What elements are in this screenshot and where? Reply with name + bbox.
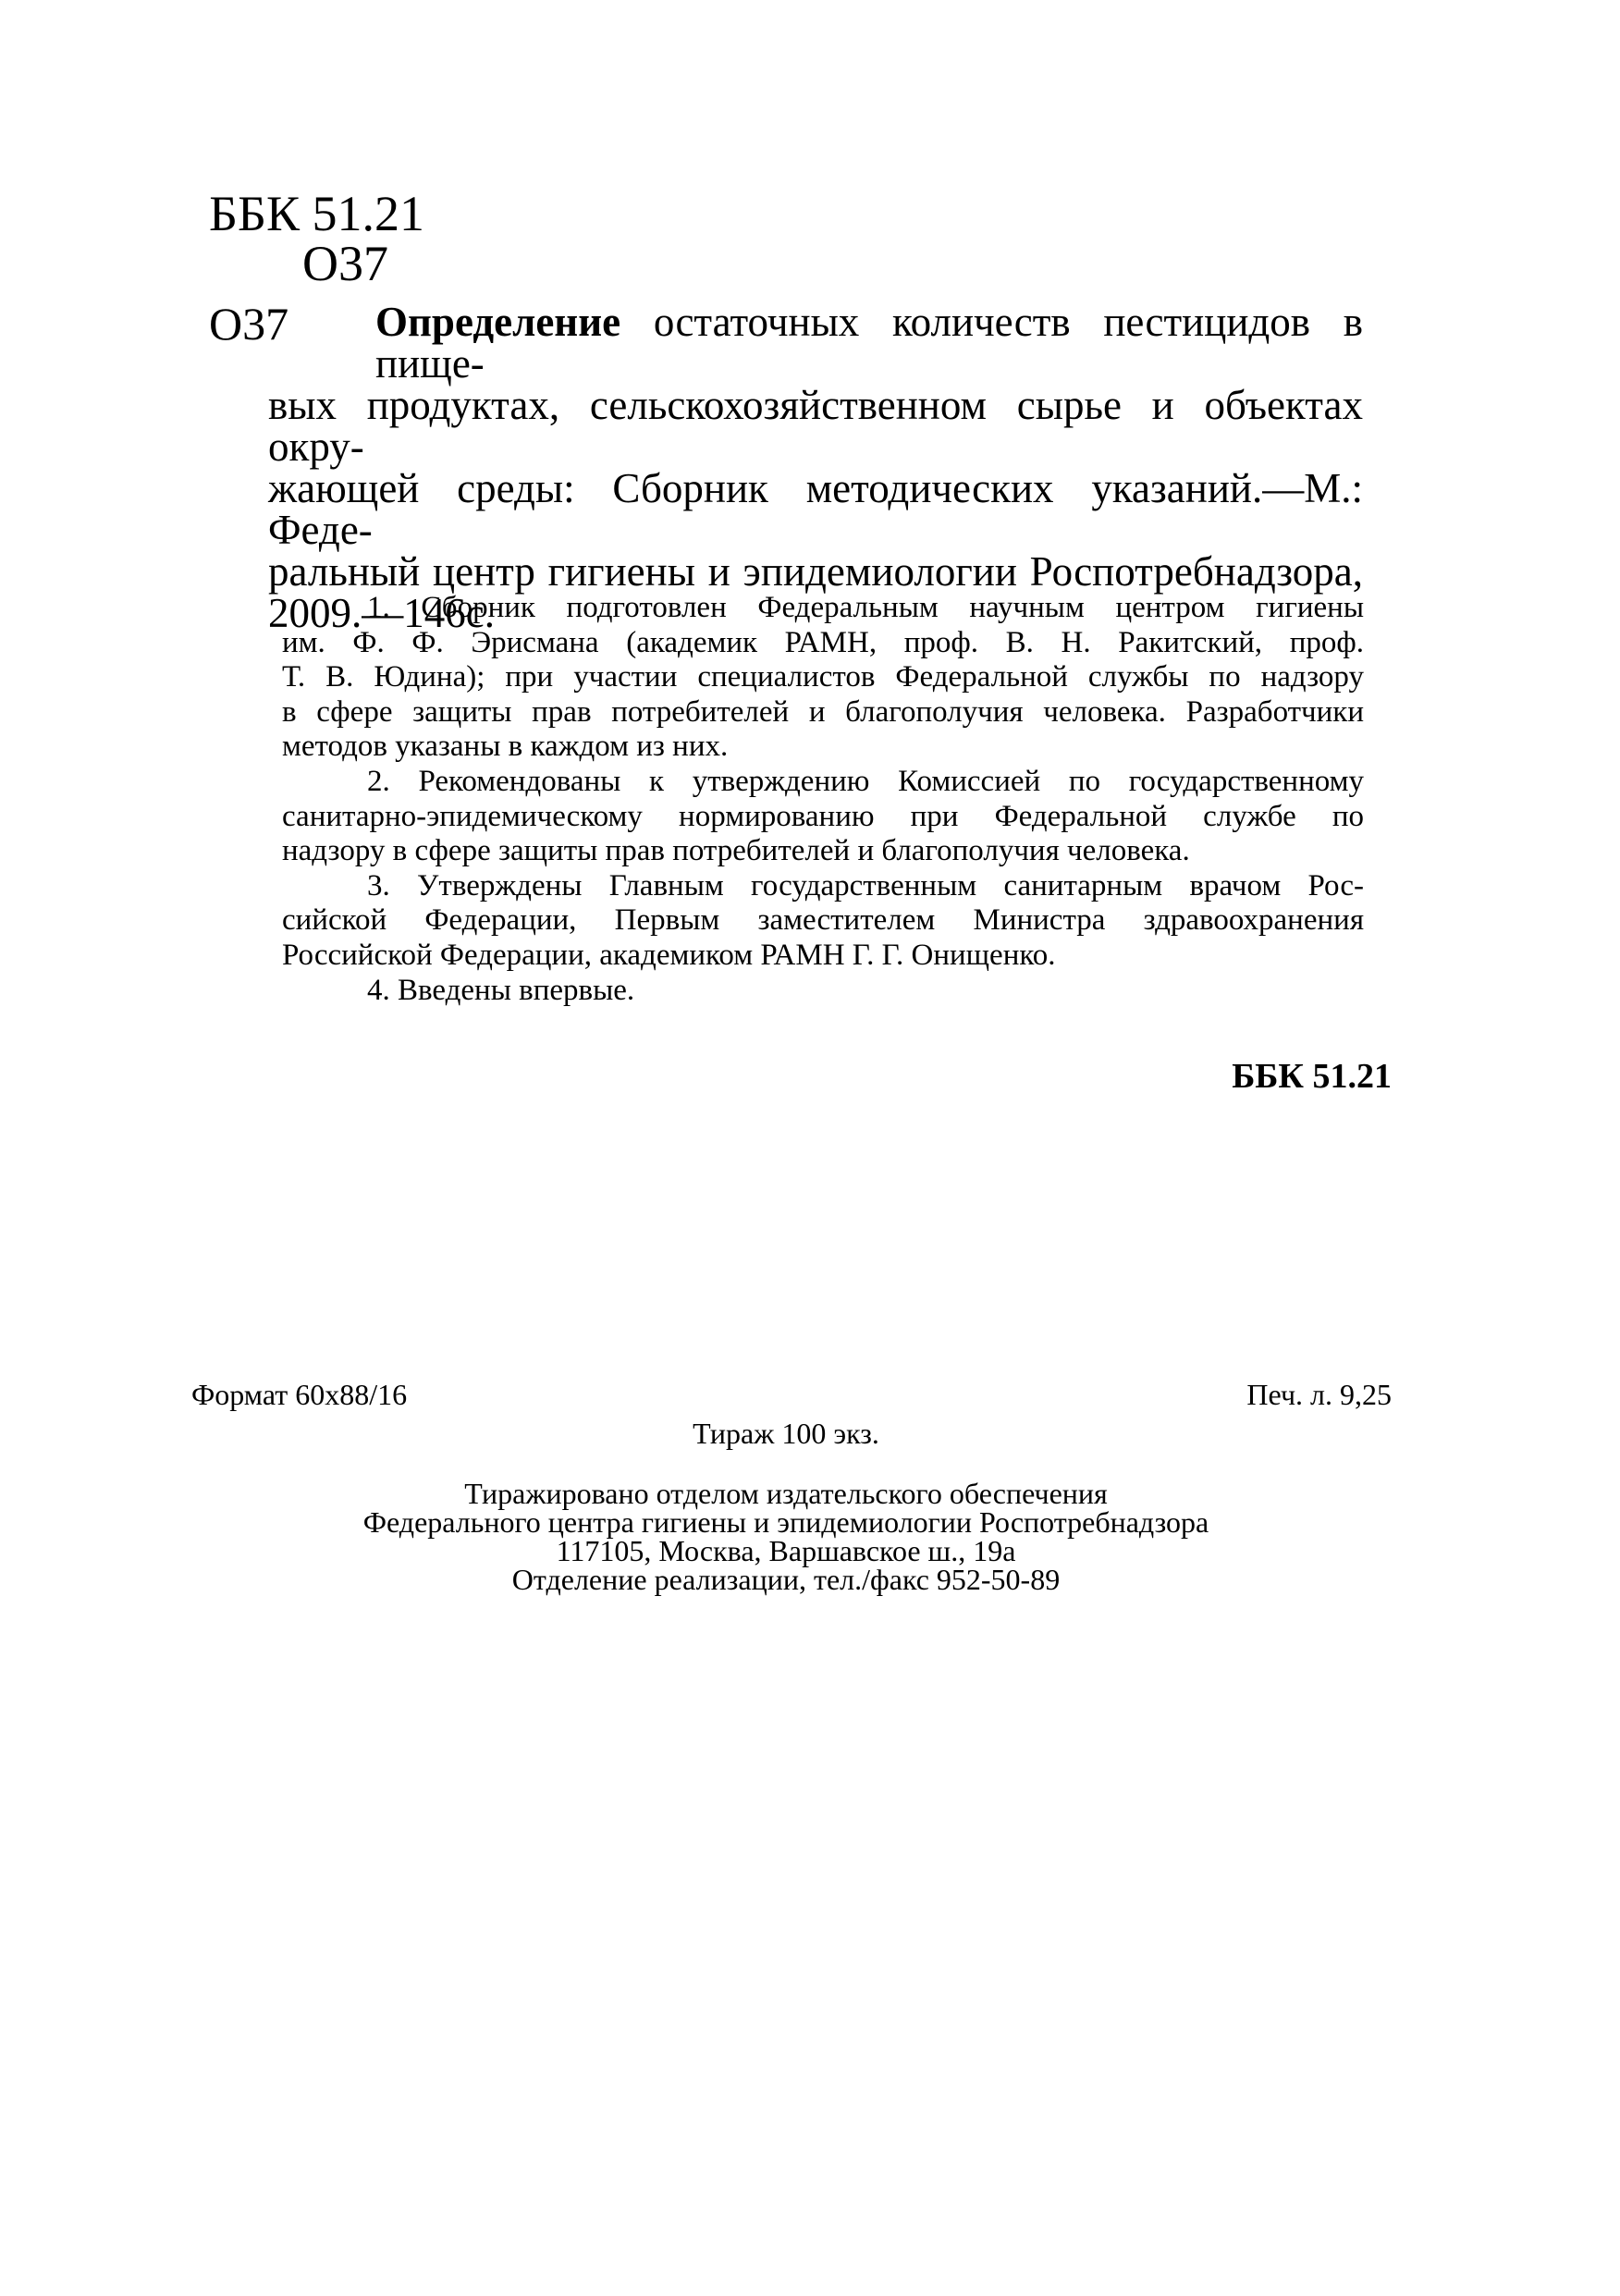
imprint-block: Тиражировано отделом издательского обесп… (0, 1480, 1572, 1594)
catalog-entry-line: ральный центр гигиены и эпидемиологии Ро… (268, 551, 1363, 593)
note-line: 3. Утверждены Главным государственным са… (282, 869, 1364, 904)
format-info: Формат 60x88/16 (191, 1376, 407, 1413)
note-line: Российской Федерации, академиком РАМН Г.… (282, 939, 1364, 974)
imprint-line: Федерального центра гигиены и эпидемиоло… (0, 1508, 1572, 1537)
imprint-line: 117105, Москва, Варшавское ш., 19а (0, 1537, 1572, 1565)
note-line: в сфере защиты прав потребителей и благо… (282, 695, 1364, 731)
catalog-entry-title: Определение (375, 299, 620, 345)
note-line: Т. В. Юдина); при участии специалистов Ф… (282, 660, 1364, 695)
catalog-entry-line: вых продуктах, сельскохозяйственном сырь… (268, 385, 1363, 468)
imprint-line: Отделение реализации, тел./факс 952-50-8… (0, 1565, 1572, 1594)
note-line: методов указаны в каждом из них. (282, 730, 1364, 765)
note-line: им. Ф. Ф. Эрисмана (академик РАМН, проф.… (282, 626, 1364, 661)
note-line: санитарно-эпидемическому нормированию пр… (282, 800, 1364, 835)
bbk-classification-code: ББК 51.21 (209, 188, 424, 239)
imprint-line: Тиражировано отделом издательского обесп… (0, 1480, 1572, 1508)
print-run-info: Тираж 100 экз. (0, 1415, 1572, 1452)
printed-sheets-info: Печ. л. 9,25 (1246, 1376, 1392, 1413)
note-line: надзору в сфере защиты прав потребителей… (282, 834, 1364, 869)
note-line: сийской Федерации, Первым заместителем М… (282, 903, 1364, 939)
note-line: 4. Введены впервые. (282, 974, 1364, 1009)
catalog-entry-description: Определение остаточных количеств пестици… (362, 301, 1363, 634)
catalog-entry-mark: О37 (209, 301, 288, 346)
note-line: 2. Рекомендованы к утверждению Комиссией… (282, 765, 1364, 800)
author-mark: О37 (302, 238, 388, 289)
bbk-classification-footer: ББК 51.21 (1232, 1056, 1392, 1097)
catalog-entry-line: Определение остаточных количеств пестици… (375, 301, 1363, 385)
note-line: 1. Сборник подготовлен Федеральным научн… (282, 591, 1364, 626)
publication-notes: 1. Сборник подготовлен Федеральным научн… (282, 591, 1364, 1008)
catalog-entry-line: жающей среды: Сборник методических указа… (268, 468, 1363, 551)
